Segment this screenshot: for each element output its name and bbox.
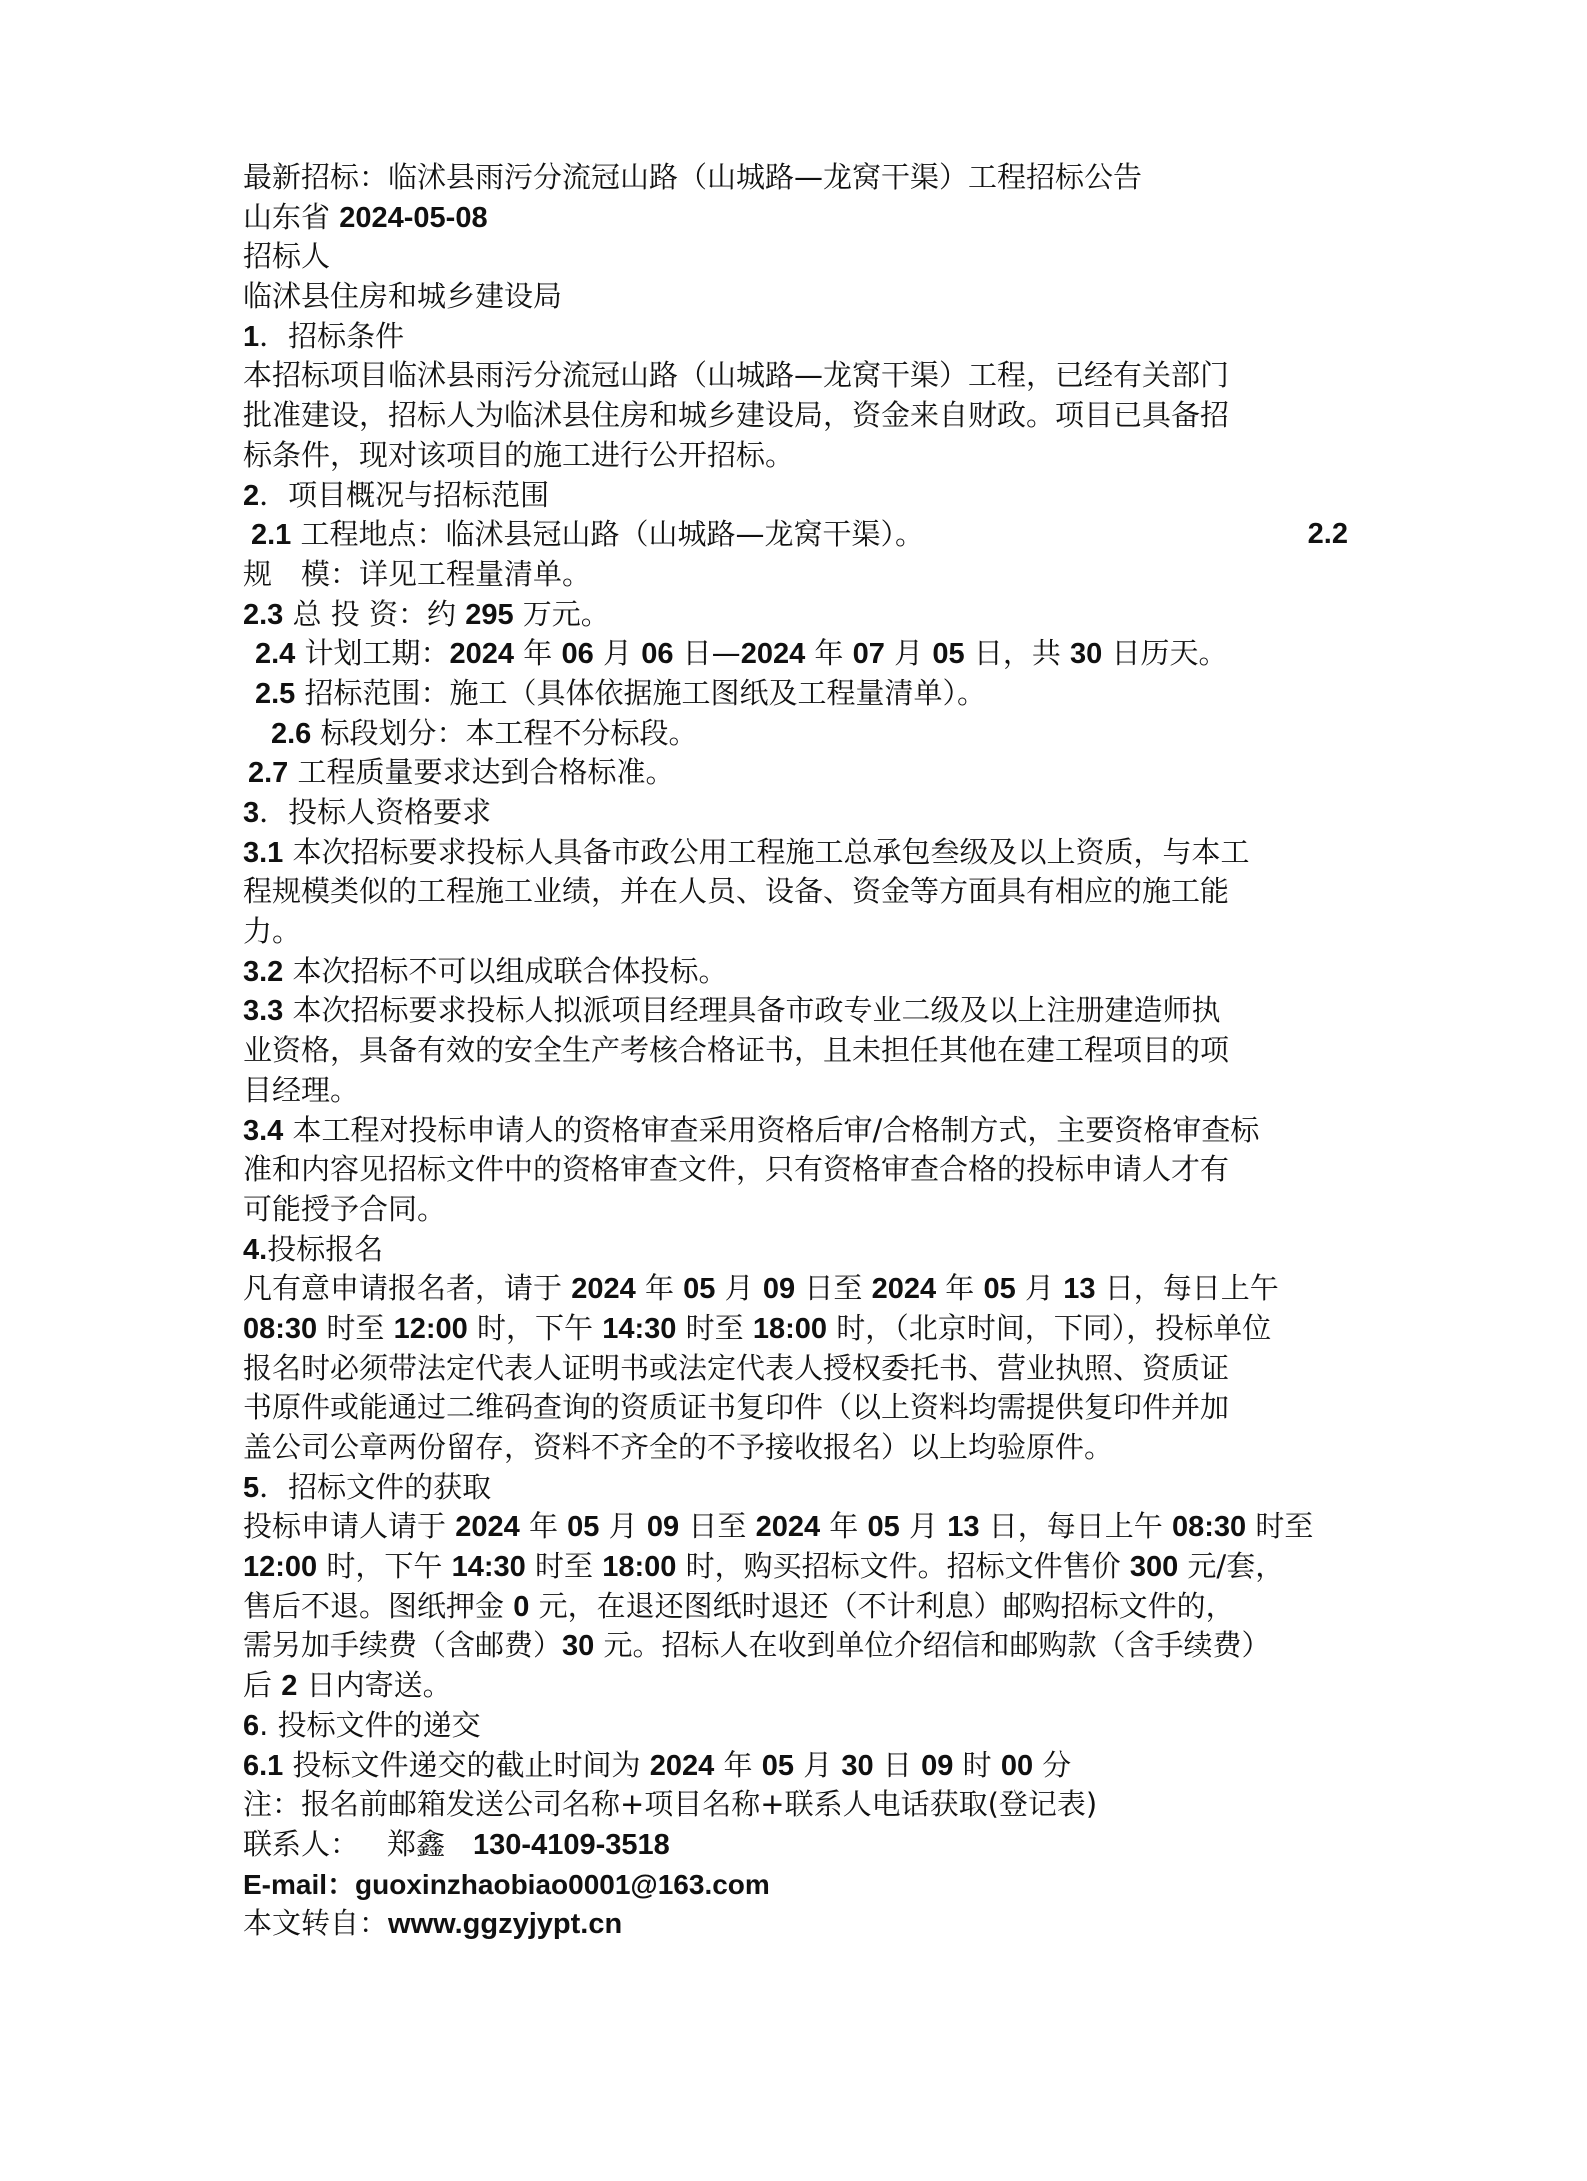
- minute: 00: [1001, 1750, 1033, 1782]
- document-purchase-line: 售后不退。图纸押金 0 元，在退还图纸时退还（不计利息）邮购招标文件的，: [243, 1587, 1348, 1627]
- month: 06: [562, 638, 594, 670]
- email-line: E-mail：guoxinzhaobiao0001@163.com: [243, 1865, 1348, 1905]
- month: 07: [853, 638, 885, 670]
- registration-line: 凡有意申请报名者，请于 2024 年 05 月 09 日至 2024 年 05 …: [243, 1269, 1348, 1309]
- delivery-days: 2: [281, 1670, 297, 1702]
- section-title: ．项目概况与招标范围: [259, 478, 549, 512]
- item-text: 工程质量要求达到合格标准。: [288, 755, 674, 789]
- section-number: 1: [243, 321, 259, 353]
- email-link[interactable]: guoxinzhaobiao0001@163.com: [355, 1869, 770, 1900]
- item-number: 3.2: [243, 956, 283, 988]
- year: 2024: [455, 1511, 520, 1543]
- section-title: ．投标人资格要求: [259, 795, 491, 829]
- publish-date: 2024-05-08: [339, 202, 487, 234]
- time: 18:00: [602, 1551, 676, 1583]
- section-5-heading: 5．招标文件的获取: [243, 1468, 1348, 1508]
- item-number: 6.1: [243, 1750, 283, 1782]
- section-3-heading: 3．投标人资格要求: [243, 793, 1348, 833]
- item-2-6: 2.6 标段划分：本工程不分标段。: [243, 714, 1348, 754]
- year: 2024: [450, 638, 515, 670]
- item-number: 2.1: [251, 519, 291, 551]
- item-2-3: 2.3 总 投 资：约 295 万元。: [243, 595, 1348, 635]
- month: 05: [683, 1273, 715, 1305]
- item-number: 2.6: [271, 718, 311, 750]
- item-text: 工程地点：临沭县冠山路（山城路—龙窝干渠）。: [291, 517, 924, 551]
- item-number: 2.2: [1308, 515, 1348, 555]
- duration-days: 30: [1070, 638, 1102, 670]
- contact-name: 郑鑫: [387, 1827, 445, 1861]
- item-number: 2.7: [248, 757, 288, 789]
- item-number: 3.4: [243, 1115, 283, 1147]
- section-title: . 投标文件的递交: [259, 1708, 480, 1742]
- day: 13: [947, 1511, 979, 1543]
- document-purchase-line: 投标申请人请于 2024 年 05 月 09 日至 2024 年 05 月 13…: [243, 1507, 1348, 1547]
- province: 山东省: [243, 200, 330, 234]
- text: 投标申请人请于: [243, 1509, 455, 1543]
- section-number: 2: [243, 480, 259, 512]
- source-label: 本文转自：: [243, 1906, 388, 1940]
- text: 需另加手续费（含邮费）: [243, 1628, 562, 1662]
- day: 06: [641, 638, 673, 670]
- tenderer-label: 招标人: [243, 237, 1348, 277]
- item-text: 本次招标不可以组成联合体投标。: [283, 954, 727, 988]
- time: 08:30: [243, 1313, 317, 1345]
- email-label: E-mail：: [243, 1869, 355, 1900]
- item-2-1: 2.1 工程地点：临沭县冠山路（山城路—龙窝干渠）。2.2: [243, 515, 1348, 555]
- item-text: 万元。: [514, 597, 610, 631]
- source-link[interactable]: www.ggzyjypt.cn: [388, 1908, 622, 1940]
- section-number: 4.: [243, 1234, 267, 1266]
- investment-amount: 295: [465, 599, 513, 631]
- item-3-2: 3.2 本次招标不可以组成联合体投标。: [243, 952, 1348, 992]
- registration-line: 盖公司公章两份留存，资料不齐全的不予接收报名）以上均验原件。: [243, 1428, 1348, 1468]
- source-line: 本文转自：www.ggzyjypt.cn: [243, 1904, 1348, 1944]
- month: 05: [984, 1273, 1016, 1305]
- contact-line: 联系人：郑鑫130-4109-3518: [243, 1825, 1348, 1865]
- item-number: 2.3: [243, 599, 283, 631]
- item-3-4-cont: 准和内容见招标文件中的资格审查文件，只有资格审查合格的投标申请人才有: [243, 1150, 1348, 1190]
- contact-label: 联系人：: [243, 1827, 359, 1861]
- year: 2024: [571, 1273, 636, 1305]
- item-3-3: 3.3 本次招标要求投标人拟派项目经理具备市政专业二级及以上注册建造师执: [243, 991, 1348, 1031]
- document-price: 300: [1130, 1551, 1178, 1583]
- document-purchase-line: 12:00 时，下午 14:30 时至 18:00 时，购买招标文件。招标文件售…: [243, 1547, 1348, 1587]
- item-text: 总 投 资：约: [283, 597, 465, 631]
- item-text: 标段划分：本工程不分标段。: [311, 716, 697, 750]
- time: 14:30: [602, 1313, 676, 1345]
- item-3-3-cont: 目经理。: [243, 1071, 1348, 1111]
- section-6-heading: 6. 投标文件的递交: [243, 1706, 1348, 1746]
- month: 05: [567, 1511, 599, 1543]
- item-number: 2.5: [255, 678, 295, 710]
- section-1-line: 标条件，现对该项目的施工进行公开招标。: [243, 436, 1348, 476]
- section-title: ．招标文件的获取: [259, 1470, 491, 1504]
- registration-line: 报名时必须带法定代表人证明书或法定代表人授权委托书、营业执照、资质证: [243, 1349, 1348, 1389]
- publish-info: 山东省 2024-05-08: [243, 198, 1348, 238]
- month: 05: [868, 1511, 900, 1543]
- item-text: 本次招标要求投标人具备市政公用工程施工总承包叁级及以上资质，与本工: [283, 835, 1249, 869]
- document-purchase-line: 后 2 日内寄送。: [243, 1666, 1348, 1706]
- day: 09: [763, 1273, 795, 1305]
- registration-note: 注：报名前邮箱发送公司名称+项目名称+联系人电话获取(登记表): [243, 1785, 1348, 1825]
- tenderer-name: 临沭县住房和城乡建设局: [243, 277, 1348, 317]
- section-1-line: 批准建设，招标人为临沭县住房和城乡建设局，资金来自财政。项目已具备招: [243, 396, 1348, 436]
- item-6-1: 6.1 投标文件递交的截止时间为 2024 年 05 月 30 日 09 时 0…: [243, 1746, 1348, 1786]
- time: 14:30: [452, 1551, 526, 1583]
- item-3-1-cont: 力。: [243, 912, 1348, 952]
- item-text: 本次招标要求投标人拟派项目经理具备市政专业二级及以上注册建造师执: [283, 993, 1220, 1027]
- item-number: 3.3: [243, 995, 283, 1027]
- item-2-2: 规 模：详见工程量清单。: [243, 555, 1348, 595]
- registration-line: 08:30 时至 12:00 时，下午 14:30 时至 18:00 时，（北京…: [243, 1309, 1348, 1349]
- document-purchase-line: 需另加手续费（含邮费）30 元。招标人在收到单位介绍信和邮购款（含手续费）: [243, 1626, 1348, 1666]
- item-number: 3.1: [243, 837, 283, 869]
- postage-fee: 30: [562, 1630, 594, 1662]
- section-1-heading: 1．招标条件: [243, 317, 1348, 357]
- text: ，（北京时间，下同），投标单位: [865, 1311, 1271, 1345]
- time: 08:30: [1172, 1511, 1246, 1543]
- item-3-4: 3.4 本工程对投标申请人的资格审查采用资格后审/合格制方式，主要资格审查标: [243, 1111, 1348, 1151]
- day: 05: [932, 638, 964, 670]
- item-text: 投标文件递交的截止时间为: [283, 1748, 649, 1782]
- registration-line: 书原件或能通过二维码查询的资质证书复印件（以上资料均需提供复印件并加: [243, 1388, 1348, 1428]
- year: 2024: [741, 638, 806, 670]
- day: 13: [1063, 1273, 1095, 1305]
- section-number: 5: [243, 1472, 259, 1504]
- item-number: 2.4: [255, 638, 295, 670]
- item-3-3-cont: 业资格，具备有效的安全生产考核合格证书，且未担任其他在建工程项目的项: [243, 1031, 1348, 1071]
- section-number: 3: [243, 797, 259, 829]
- month: 05: [762, 1750, 794, 1782]
- item-text: 本工程对投标申请人的资格审查采用资格后审/合格制方式，主要资格审查标: [283, 1113, 1259, 1147]
- day: 30: [841, 1750, 873, 1782]
- text: 元，在退还图纸时退还（不计利息）邮购招标文件的，: [529, 1589, 1234, 1623]
- time: 12:00: [243, 1551, 317, 1583]
- document-page: 最新招标：临沭县雨污分流冠山路（山城路—龙窝干渠）工程招标公告 山东省 2024…: [243, 158, 1348, 1944]
- document-title: 最新招标：临沭县雨污分流冠山路（山城路—龙窝干渠）工程招标公告: [243, 158, 1348, 198]
- item-3-1-cont: 程规模类似的工程施工业绩，并在人员、设备、资金等方面具有相应的施工能: [243, 872, 1348, 912]
- section-4-heading: 4.投标报名: [243, 1230, 1348, 1270]
- text: ，每日上午: [1134, 1271, 1279, 1305]
- contact-phone[interactable]: 130-4109-3518: [473, 1829, 670, 1861]
- drawing-deposit: 0: [513, 1591, 529, 1623]
- item-3-1: 3.1 本次招标要求投标人具备市政公用工程施工总承包叁级及以上资质，与本工: [243, 833, 1348, 873]
- item-2-5: 2.5 招标范围：施工（具体依据施工图纸及工程量清单）。: [243, 674, 1348, 714]
- item-text: 招标范围：施工（具体依据施工图纸及工程量清单）。: [295, 676, 986, 710]
- year: 2024: [872, 1273, 937, 1305]
- year: 2024: [650, 1750, 715, 1782]
- item-2-7: 2.7 工程质量要求达到合格标准。: [243, 753, 1348, 793]
- text: 凡有意申请报名者，请于: [243, 1271, 571, 1305]
- text: 日内寄送。: [297, 1668, 451, 1702]
- hour: 09: [921, 1750, 953, 1782]
- item-text: 计划工期：: [295, 636, 449, 670]
- item-3-4-cont: 可能授予合同。: [243, 1190, 1348, 1230]
- time: 18:00: [753, 1313, 827, 1345]
- section-title: ．招标条件: [259, 319, 404, 353]
- time: 12:00: [394, 1313, 468, 1345]
- section-number: 6: [243, 1710, 259, 1742]
- year: 2024: [756, 1511, 821, 1543]
- item-2-4: 2.4 计划工期：2024 年 06 月 06 日—2024 年 07 月 05…: [243, 634, 1348, 674]
- section-title: 投标报名: [267, 1232, 383, 1266]
- text: 元。招标人在收到单位介绍信和邮购款（含手续费）: [594, 1628, 1270, 1662]
- day: 09: [647, 1511, 679, 1543]
- text: 时，购买招标文件。招标文件售价: [676, 1549, 1129, 1583]
- section-1-line: 本招标项目临沭县雨污分流冠山路（山城路—龙窝干渠）工程，已经有关部门: [243, 356, 1348, 396]
- section-2-heading: 2．项目概况与招标范围: [243, 476, 1348, 516]
